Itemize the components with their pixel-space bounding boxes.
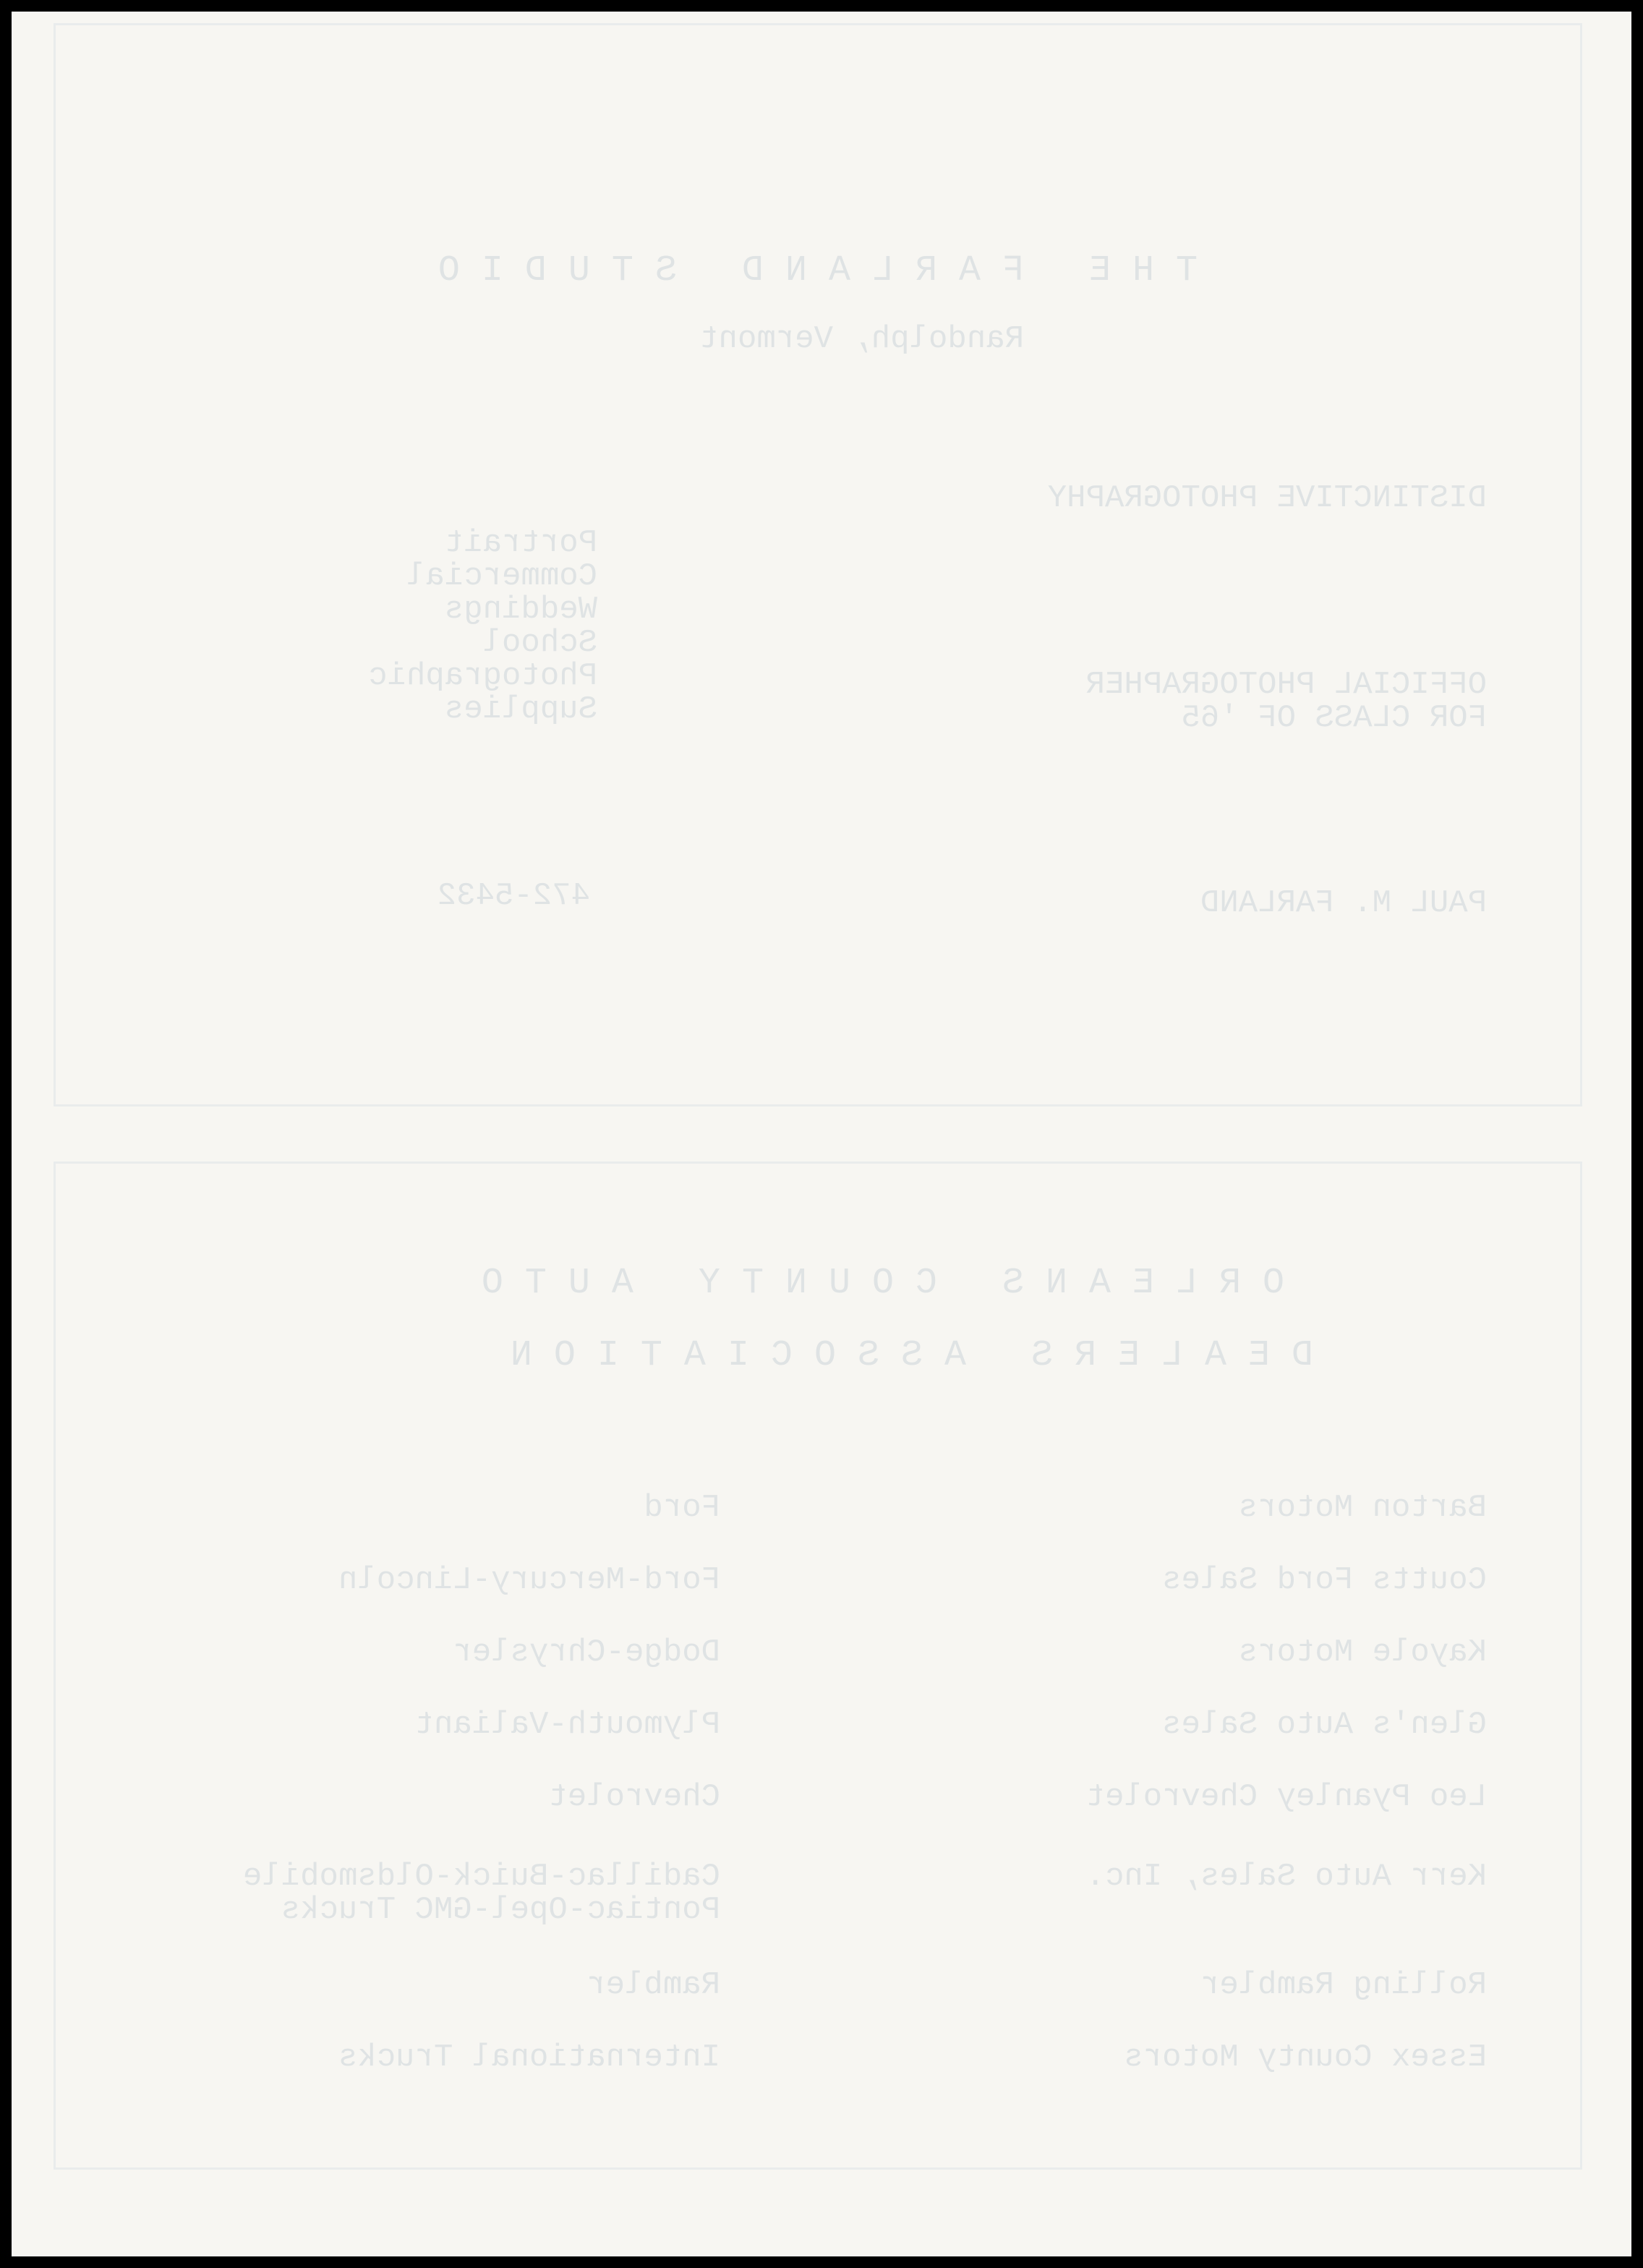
bleed-dealer-make: Ford-Mercury-Lincoln (338, 1564, 720, 1597)
bleed-ad1-location: Randolph, Vermont (699, 323, 1024, 356)
bleed-dealer-make: Dodge-Chrysler (453, 1636, 720, 1669)
bleed-ad1-owner: PAUL M. FARLAND (1200, 887, 1487, 920)
bleed-dealer-name: Kerr Auto Sales, Inc. (1086, 1860, 1488, 1893)
bleed-ad2-title-1: ORLEANS COUNTY AUTO (460, 1267, 1284, 1300)
bleed-dealer-make: Plymouth-Valiant (415, 1708, 720, 1741)
bleed-ad1-service: School (483, 626, 597, 660)
bleed-dealer-make: Ford (644, 1491, 720, 1525)
bleed-ad1-service: Photographic (368, 660, 597, 693)
scanned-page: THE FARLAND STUDIO Randolph, Vermont DIS… (12, 12, 1631, 2256)
bleed-ad1-official-2: FOR CLASS OF '65 (1182, 702, 1487, 735)
bleed-dealer-name: Barton Motors (1239, 1491, 1487, 1525)
bleed-ad2-title-2: DEALERS ASSOCIATION (489, 1339, 1313, 1373)
bleed-dealer-name: Leo Pyanley Chevrolet (1086, 1781, 1488, 1814)
bleed-ad1-tagline: DISTINCTIVE PHOTOGRAPHY (1048, 482, 1487, 515)
bleed-dealer-name: Glen's Auto Sales (1162, 1708, 1487, 1741)
bleed-dealer-make: International Trucks (338, 2041, 720, 2074)
bleed-dealer-make: Chevrolet (548, 1781, 720, 1814)
bleed-dealer-name: Essex County Motors (1124, 2041, 1487, 2074)
bleed-ad1-service: Supplies (445, 693, 597, 726)
bleed-dealer-name: Coutts Ford Sales (1162, 1564, 1487, 1597)
bleed-dealer-make: Rambler (586, 1969, 720, 2002)
bleed-ad1-service: Weddings (445, 593, 597, 626)
bleed-ad1-phone: 472-5432 (438, 879, 590, 913)
bleed-through-mirrored-text: THE FARLAND STUDIO Randolph, Vermont DIS… (12, 12, 1631, 2256)
bleed-dealer-name: Rolling Rambler (1200, 1969, 1487, 2002)
bleed-ad1-service: Portrait (445, 526, 597, 560)
bleed-ad1-official-1: OFFICIAL PHOTOGRAPHER (1086, 668, 1488, 702)
bleed-dealer-name: Kayole Motors (1239, 1636, 1487, 1669)
bleed-dealer-make: Cadillac-Buick-Oldsmobile Pontiac-Opel-G… (243, 1860, 720, 1927)
bleed-ad1-title: THE FARLAND STUDIO (417, 255, 1198, 288)
bleed-ad1-service: Commercial (406, 560, 597, 593)
